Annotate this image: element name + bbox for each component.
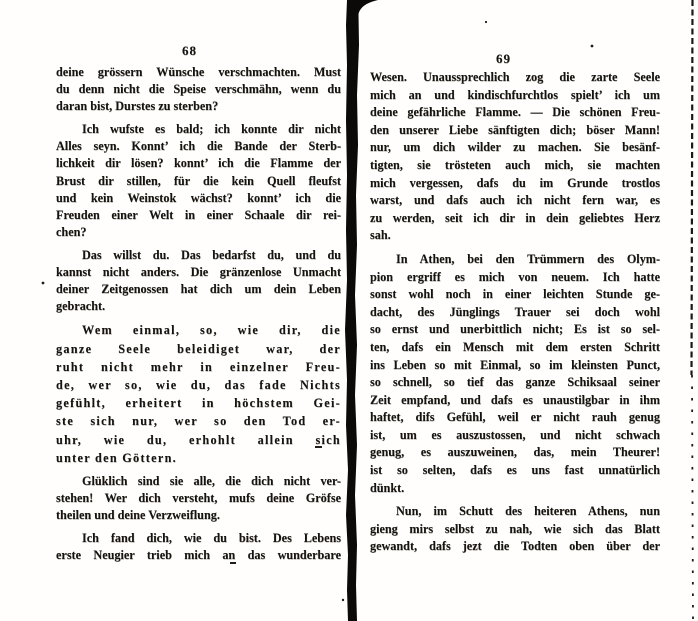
text-line: gefühlt, erheitert in höchstem Gei-	[56, 394, 341, 412]
paragraph: Ich wufste es bald; ich konnte dir nicht…	[56, 121, 341, 241]
text-line: mich vergessen, dafs du im Grunde trostl…	[370, 175, 660, 193]
text-line: gewandt, dafs jezt die Todten oben über …	[370, 538, 660, 556]
text-line: so schnell, so tief das ganze Schiksaal …	[370, 374, 660, 392]
paragraph: deine grössern Wünsche verschmachten. Mu…	[56, 64, 341, 115]
text-line: ins Leben so mit Einmal, so im kleinsten…	[370, 357, 660, 375]
paragraph: Glüklich sind sie alle, die dich nicht v…	[56, 473, 341, 524]
paragraph: Nun, im Schutt des heiteren Athens, nung…	[370, 503, 660, 556]
text-line: In Athen, bei den Trümmern des Olym-	[370, 251, 660, 269]
text-line: theilen und deine Verzweiflung.	[56, 507, 341, 524]
text-line: den unserer Liebe sänftigten dich; böser…	[370, 122, 660, 140]
text-line: Glüklich sind sie alle, die dich nicht v…	[56, 473, 341, 490]
right-page-text: Wesen. Unaussprechlich zog die zarte See…	[370, 69, 660, 562]
text-line: de, wer so, wie du, das fade Nichts	[56, 376, 341, 394]
text-line: Zeit empfand, und dafs es unaustilgbar i…	[370, 392, 660, 410]
text-line: daran bist, Durstes zu sterben?	[56, 98, 341, 115]
paragraph: Das willst du. Das bedarfst du, und duka…	[56, 247, 341, 315]
text-line: mich an und kindischfurchtlos spielt’ ic…	[370, 87, 660, 105]
text-line: stehen! Wer dich versteht, mufs deine Gr…	[56, 490, 341, 507]
text-line: ist, um es auszustossen, und nicht schwa…	[370, 427, 660, 445]
text-line: zu werden, seit ich dir in dein geliebte…	[370, 210, 660, 228]
text-line: uhr, wie du, erhohlt allein sich	[56, 431, 341, 449]
paragraph: Wem einmal, so, wie dir, dieganze Seele …	[56, 321, 341, 467]
text-line: gebracht.	[56, 298, 341, 315]
text-line: Nun, im Schutt des heiteren Athens, nun	[370, 503, 660, 521]
text-line: ganze Seele beleidiget war, der	[56, 340, 341, 358]
text-line: ruht nicht mehr in einzelner Freu-	[56, 358, 341, 376]
text-line: ist so selten, dafs es uns fast unnatürl…	[370, 462, 660, 480]
page-number-right: 69	[496, 51, 511, 67]
text-line: deine grössern Wünsche verschmachten. Mu…	[56, 64, 341, 81]
text-line: Freuden einer Welt in einer Schaale dir …	[56, 207, 341, 224]
text-line: warst, und dafs auch ich nicht fern war,…	[370, 192, 660, 210]
text-line: erste Neugier trieb mich an das wunderba…	[56, 547, 341, 564]
paragraph: Ich fand dich, wie du bist. Des Lebenser…	[56, 530, 341, 564]
page-edge-marks	[692, 0, 694, 620]
text-line: und kein Weinstok wächst? konnt’ ich die	[56, 190, 341, 207]
left-page-text: deine grössern Wünsche verschmachten. Mu…	[56, 64, 341, 570]
text-line: Ich fand dich, wie du bist. Des Lebens	[56, 530, 341, 547]
text-line: nur, um dich wilder zu machen. Sie besän…	[370, 139, 660, 157]
book-scan: 68 69 deine grössern Wünsche verschmacht…	[0, 0, 698, 621]
text-line: tigten, sie trösteten auch mich, sie mac…	[370, 157, 660, 175]
text-line: pion ergriff es mich von neuem. Ich hatt…	[370, 269, 660, 287]
text-line: dacht, des Jünglings Trauer sei doch woh…	[370, 304, 660, 322]
page-number-left: 68	[182, 43, 197, 59]
text-line: chen?	[56, 224, 341, 241]
text-line: kannst nicht anders. Die gränzenlose Unm…	[56, 264, 341, 281]
text-line: Alles seyn. Konnt’ ich die Bande der Ste…	[56, 138, 341, 155]
text-line: du denn nicht die Speise verschmähn, wen…	[56, 81, 341, 98]
text-line: Brust dir stillen, für die kein Quell fl…	[56, 173, 341, 190]
text-line: deine gefährliche Flamme. — Die schönen …	[370, 104, 660, 122]
text-line: sonst wohl noch in einer leichten Stunde…	[370, 286, 660, 304]
text-line: deiner Zeitgenossen hat dich um dein Leb…	[56, 281, 341, 298]
paragraph: Wesen. Unaussprechlich zog die zarte See…	[370, 69, 660, 245]
text-line: Wesen. Unaussprechlich zog die zarte See…	[370, 69, 660, 87]
text-line: Das willst du. Das bedarfst du, und du	[56, 247, 341, 264]
text-line: ste sich nur, wer so den Tod er-	[56, 412, 341, 430]
text-line: genug, es auszuweinen, das, mein Theurer…	[370, 444, 660, 462]
text-line: Ich wufste es bald; ich konnte dir nicht	[56, 121, 341, 138]
text-line: lichkeit dir lösen? konnt’ ich die Flamm…	[56, 155, 341, 172]
text-line: ten, dafs ein Mensch mit dem ersten Schr…	[370, 339, 660, 357]
text-line: sah.	[370, 227, 660, 245]
paragraph: In Athen, bei den Trümmern des Olym-pion…	[370, 251, 660, 497]
text-line: so ernst und unerbittlich nicht; Es ist …	[370, 321, 660, 339]
text-line: Wem einmal, so, wie dir, die	[56, 321, 341, 339]
text-line: dünkt.	[370, 480, 660, 498]
text-line: gieng mirs selbst zu nah, wie sich das B…	[370, 521, 660, 539]
text-line: haftet, difs Gefühl, weil er nicht rauh …	[370, 409, 660, 427]
text-line: unter den Göttern.	[56, 449, 341, 467]
